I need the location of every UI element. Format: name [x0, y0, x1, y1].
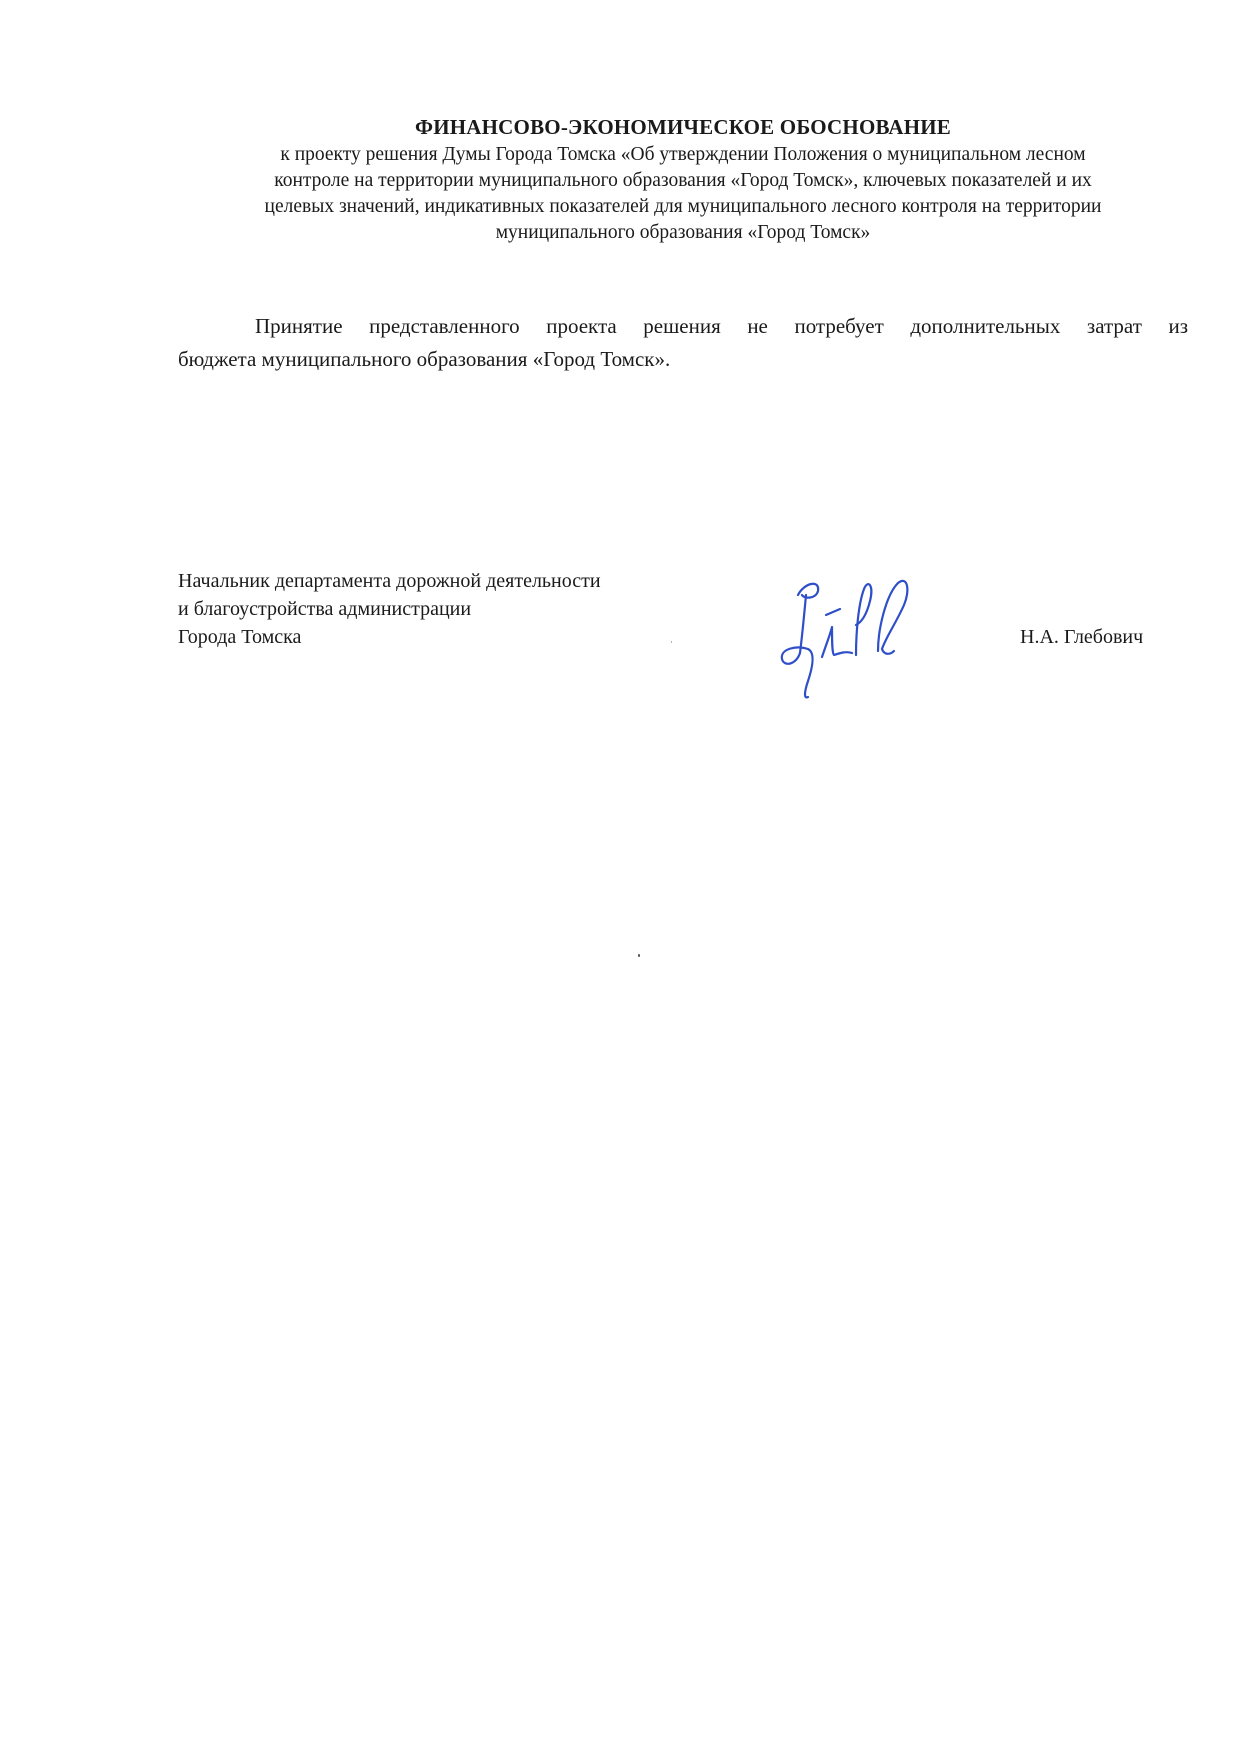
position-line: Начальник департамента дорожной деятельн… [178, 567, 601, 595]
scan-artifact [638, 954, 640, 957]
subtitle-line: контроле на территории муниципального об… [178, 168, 1188, 194]
position-line: Города Томска [178, 623, 601, 651]
signer-name: Н.А. Глебович [1020, 623, 1143, 651]
signer-position: Начальник департамента дорожной деятельн… [178, 567, 601, 651]
body-line: Принятие представленного проекта решения… [178, 310, 1188, 343]
subtitle-line: к проекту решения Думы Города Томска «Об… [178, 142, 1188, 168]
body-paragraph: Принятие представленного проекта решения… [178, 310, 1188, 376]
scan-artifact [671, 641, 672, 643]
document-page: ФИНАНСОВО-ЭКОНОМИЧЕСКОЕ ОБОСНОВАНИЕ к пр… [0, 0, 1240, 1753]
document-subtitle: к проекту решения Думы Города Томска «Об… [178, 142, 1188, 246]
handwritten-signature-icon [760, 565, 920, 700]
subtitle-line: целевых значений, индикативных показател… [178, 194, 1188, 220]
document-title: ФИНАНСОВО-ЭКОНОМИЧЕСКОЕ ОБОСНОВАНИЕ [178, 114, 1188, 140]
position-line: и благоустройства администрации [178, 595, 601, 623]
body-line: бюджета муниципального образования «Горо… [178, 343, 1188, 376]
subtitle-line: муниципального образования «Город Томск» [178, 220, 1188, 246]
